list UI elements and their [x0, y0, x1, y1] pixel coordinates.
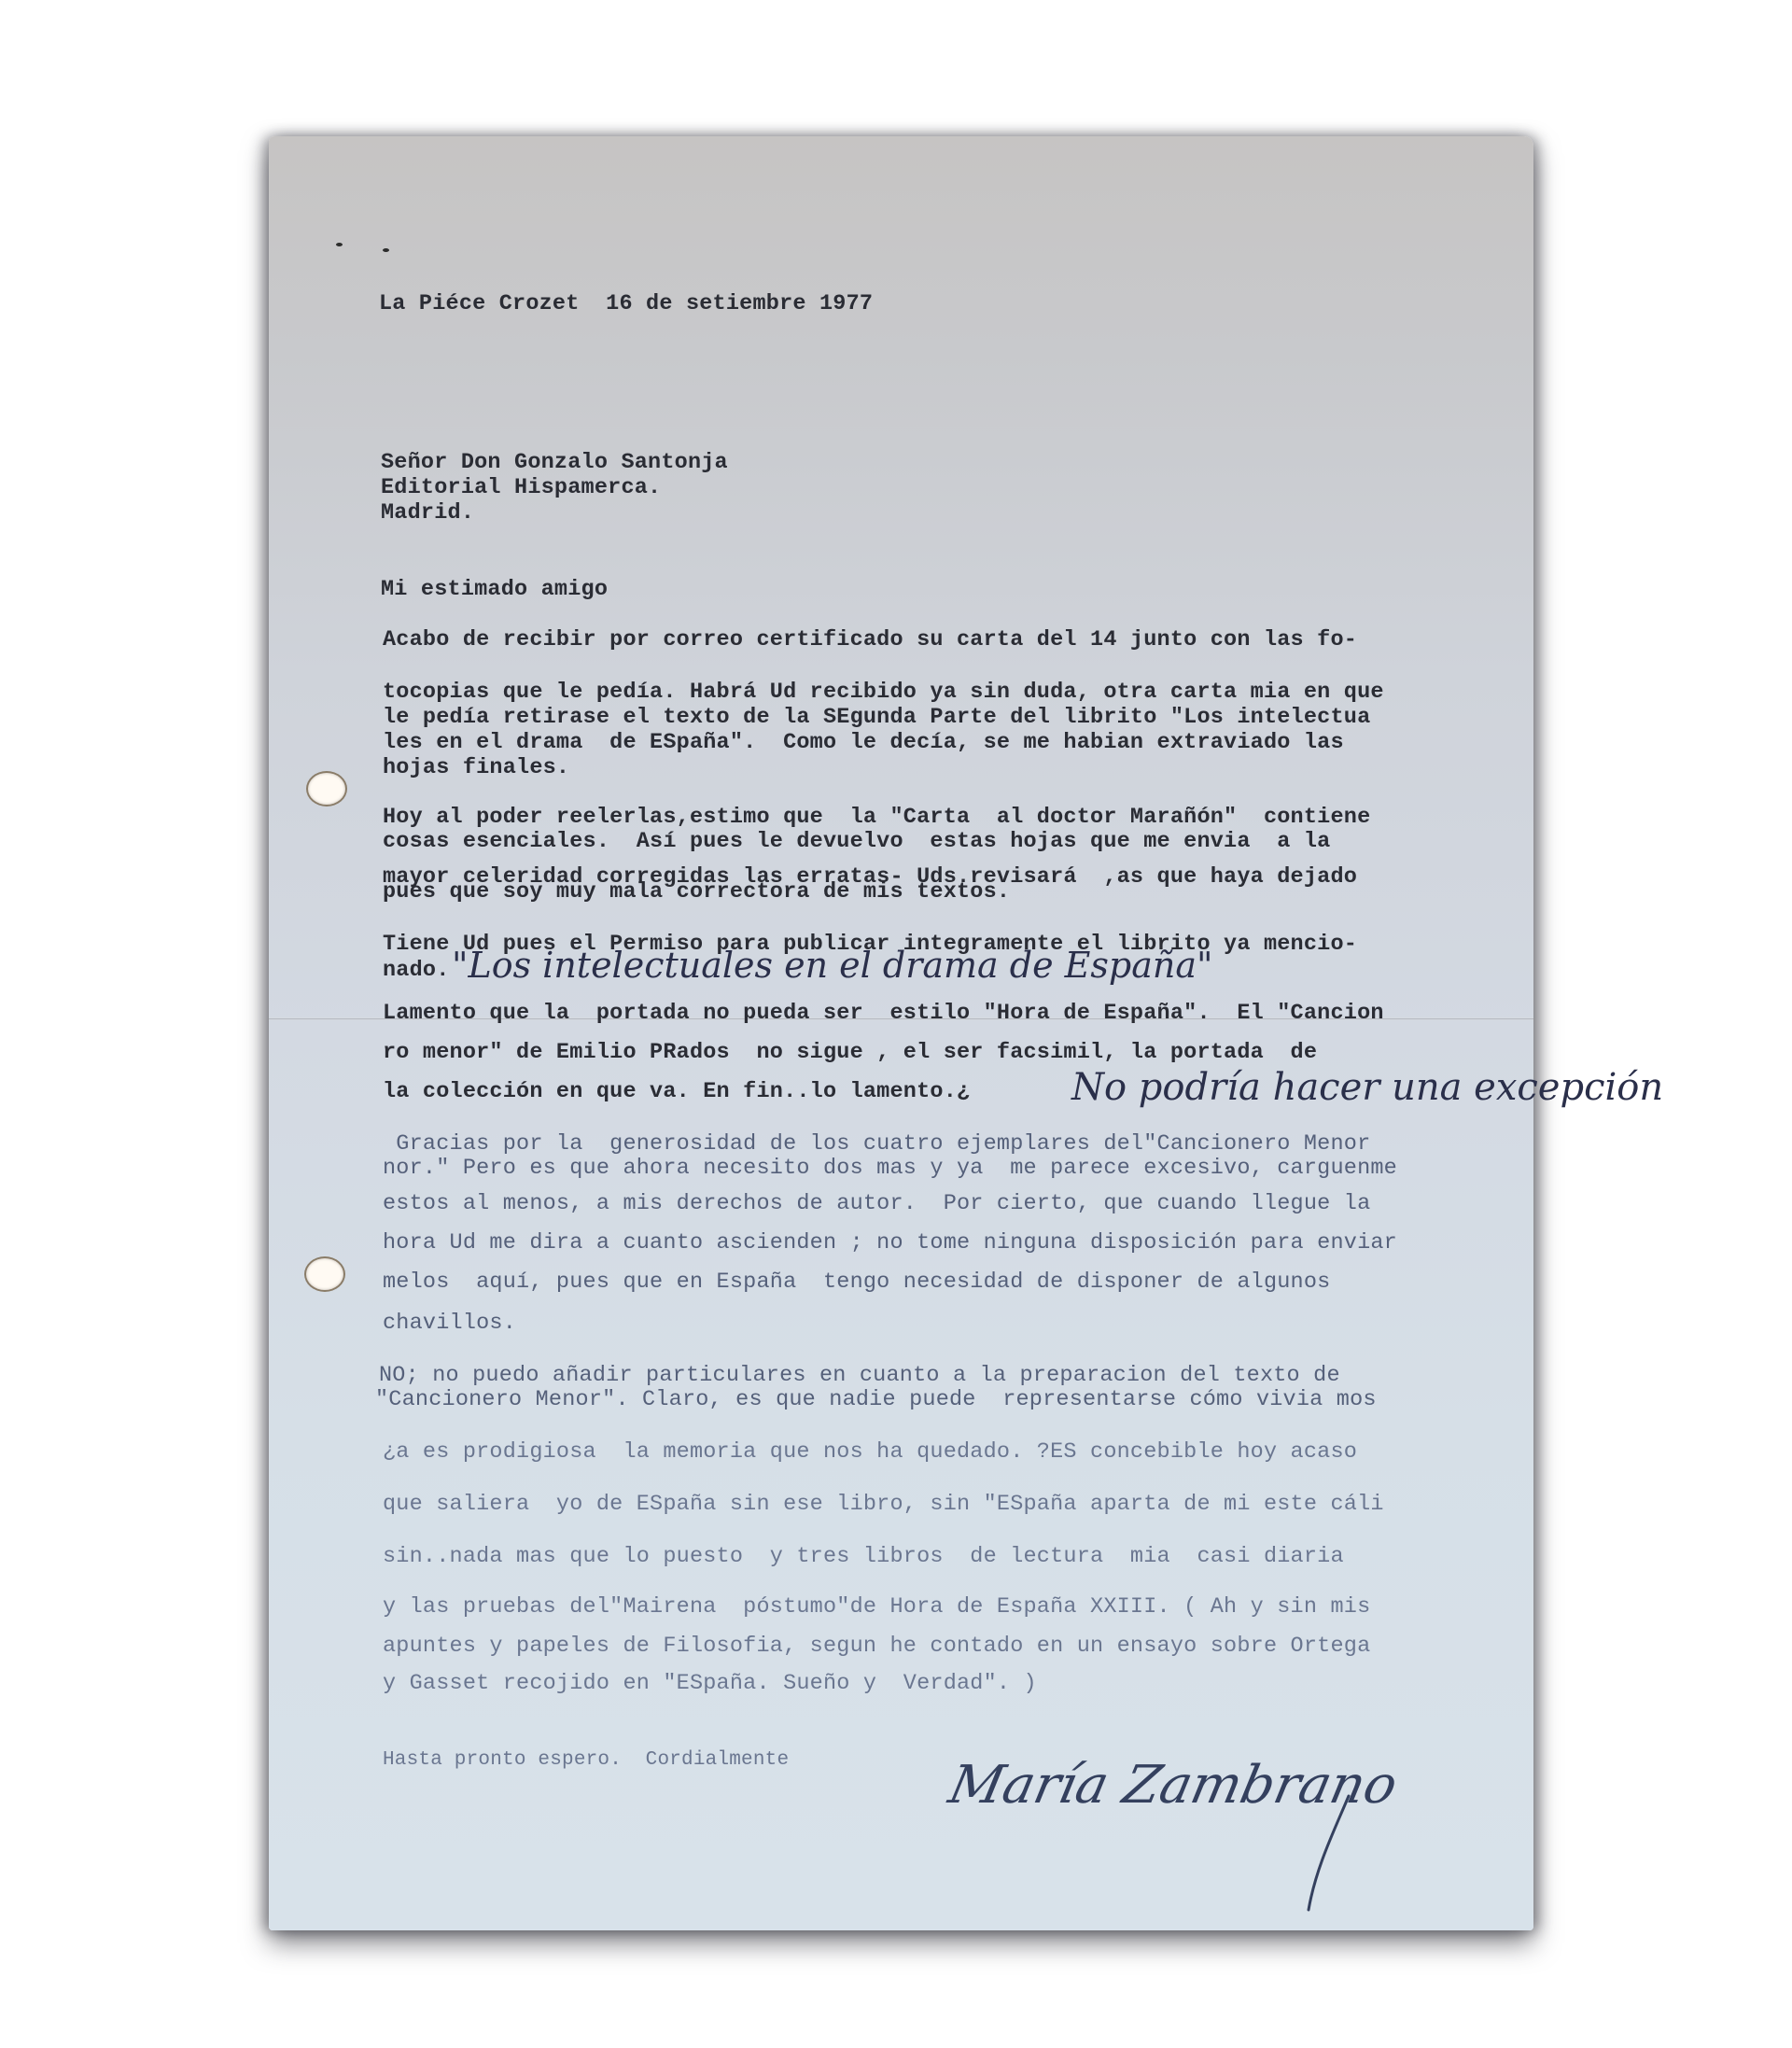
paragraph-2-line: cosas esenciales. Así pues le devuelvo e… — [383, 829, 1330, 855]
paragraph-1-line: le pedía retirase el texto de la SEgunda… — [383, 705, 1370, 731]
paragraph-1-line: hojas finales. — [383, 755, 569, 781]
paragraph-5-line: chavillos. — [383, 1311, 516, 1337]
letter-page: La Piéce Crozet 16 de setiembre 1977 Señ… — [269, 136, 1533, 1930]
paragraph-4-line: ro menor" de Emilio PRados no sigue , el… — [383, 1040, 1317, 1066]
paragraph-4-line: la colección en que va. En fin..lo lamen… — [383, 1079, 970, 1105]
paragraph-6-line: sin..nada mas que lo puesto y tres libro… — [383, 1544, 1344, 1570]
paragraph-1-line: les en el drama de ESpaña". Como le decí… — [383, 730, 1344, 756]
paragraph-2-line: pues que soy muy mala correctora de mis … — [383, 879, 1010, 905]
paragraph-5-line: melos aquí, pues que en España tengo nec… — [383, 1269, 1330, 1296]
paragraph-1-line: tocopias que le pedía. Habrá Ud recibido… — [383, 680, 1384, 706]
paragraph-6-line: ¿a es prodigiosa la memoria que nos ha q… — [383, 1439, 1357, 1466]
paragraph-6-line: apuntes y papeles de Filosofia, segun he… — [383, 1634, 1370, 1660]
ink-speck — [383, 248, 389, 252]
signature-flourish-icon — [1297, 1792, 1353, 1914]
paragraph-5-line: hora Ud me dira a cuanto ascienden ; no … — [383, 1230, 1397, 1256]
paragraph-5-line: Gracias por la generosidad de los cuatro… — [383, 1131, 1370, 1157]
ink-speck — [336, 243, 343, 246]
recipient-publisher: Editorial Hispamerca. — [381, 475, 661, 501]
paragraph-6-line: "Cancionero Menor". Claro, es que nadie … — [375, 1387, 1377, 1413]
paragraph-4-line: Lamento que la portada no pueda ser esti… — [383, 1001, 1384, 1027]
recipient-name: Señor Don Gonzalo Santonja — [381, 450, 728, 476]
paragraph-5-line: estos al menos, a mis derechos de autor.… — [383, 1191, 1370, 1217]
paragraph-1-line: Acabo de recibir por correo certificado … — [383, 627, 1357, 653]
salutation: Mi estimado amigo — [381, 577, 608, 603]
paragraph-2-line: Hoy al poder reelerlas,estimo que la "Ca… — [383, 805, 1370, 831]
recipient-city: Madrid. — [381, 500, 474, 526]
closing-line: Hasta pronto espero. Cordialmente — [383, 1747, 789, 1774]
handwritten-title-insert: "Los intelectuales en el drama de España… — [452, 945, 1213, 986]
paragraph-6-line: que saliera yo de ESpaña sin ese libro, … — [383, 1492, 1384, 1518]
paragraph-6-line: NO; no puedo añadir particulares en cuan… — [379, 1363, 1340, 1389]
paragraph-6-line: y Gasset recojido en "ESpaña. Sueño y Ve… — [383, 1671, 1037, 1697]
place-date-line: La Piéce Crozet 16 de setiembre 1977 — [379, 291, 873, 317]
paragraph-6-line: y las pruebas del"Mairena póstumo"de Hor… — [383, 1594, 1370, 1620]
punch-hole — [304, 1256, 345, 1292]
paragraph-3-line: nado. — [383, 958, 450, 984]
punch-hole — [306, 771, 347, 807]
paragraph-5-line: nor." Pero es que ahora necesito dos mas… — [383, 1156, 1397, 1182]
handwritten-note: No podría hacer una excepción — [1071, 1066, 1663, 1109]
